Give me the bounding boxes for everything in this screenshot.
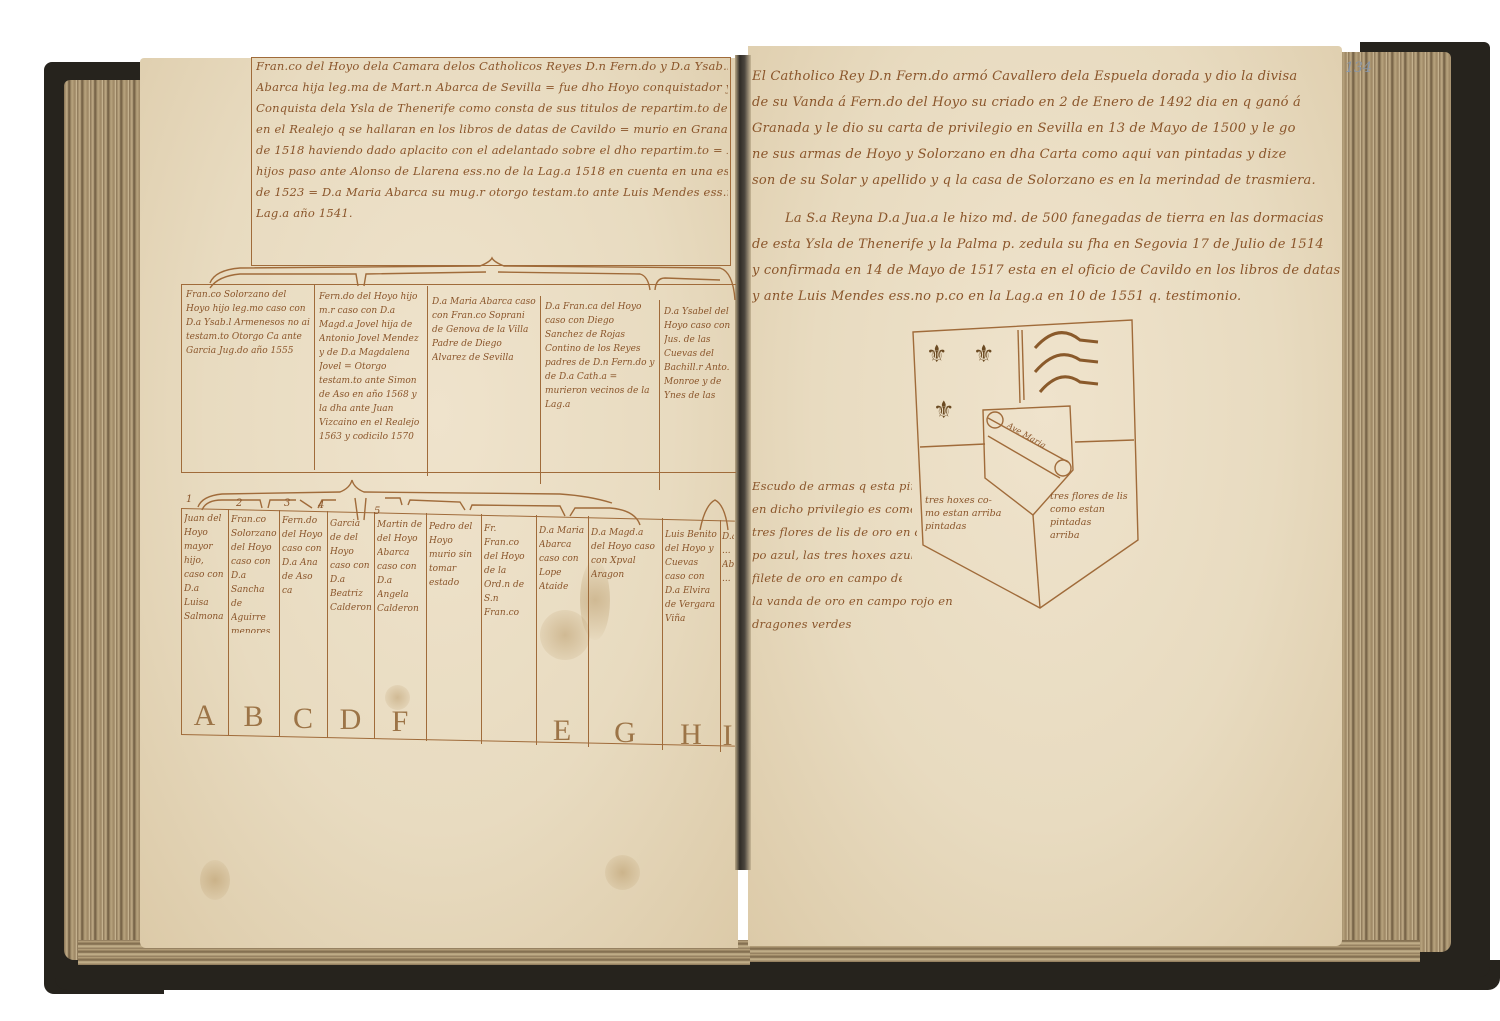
shield-label-line: pintadas — [925, 520, 1035, 533]
fleur-de-lis-icon: ⚜ — [933, 396, 955, 424]
shield-label-line: como estan pintadas — [1050, 503, 1140, 529]
shield-label-line: tres flores de lis — [1050, 490, 1140, 503]
coat-of-arms-shield: ⚜ ⚜ ⚜ — [0, 0, 1500, 1021]
shield-label-line: tres hoxes co- — [925, 494, 1035, 507]
shield-label-left: tres hoxes co- mo estan arriba pintadas — [925, 494, 1035, 533]
shield-label-right: tres flores de lis como estan pintadas a… — [1050, 490, 1140, 542]
shield-label-line: mo estan arriba — [925, 507, 1035, 520]
shield-label-line: arriba — [1050, 529, 1140, 542]
fleur-de-lis-icon: ⚜ — [926, 340, 948, 368]
fleur-de-lis-icon: ⚜ — [973, 340, 995, 368]
